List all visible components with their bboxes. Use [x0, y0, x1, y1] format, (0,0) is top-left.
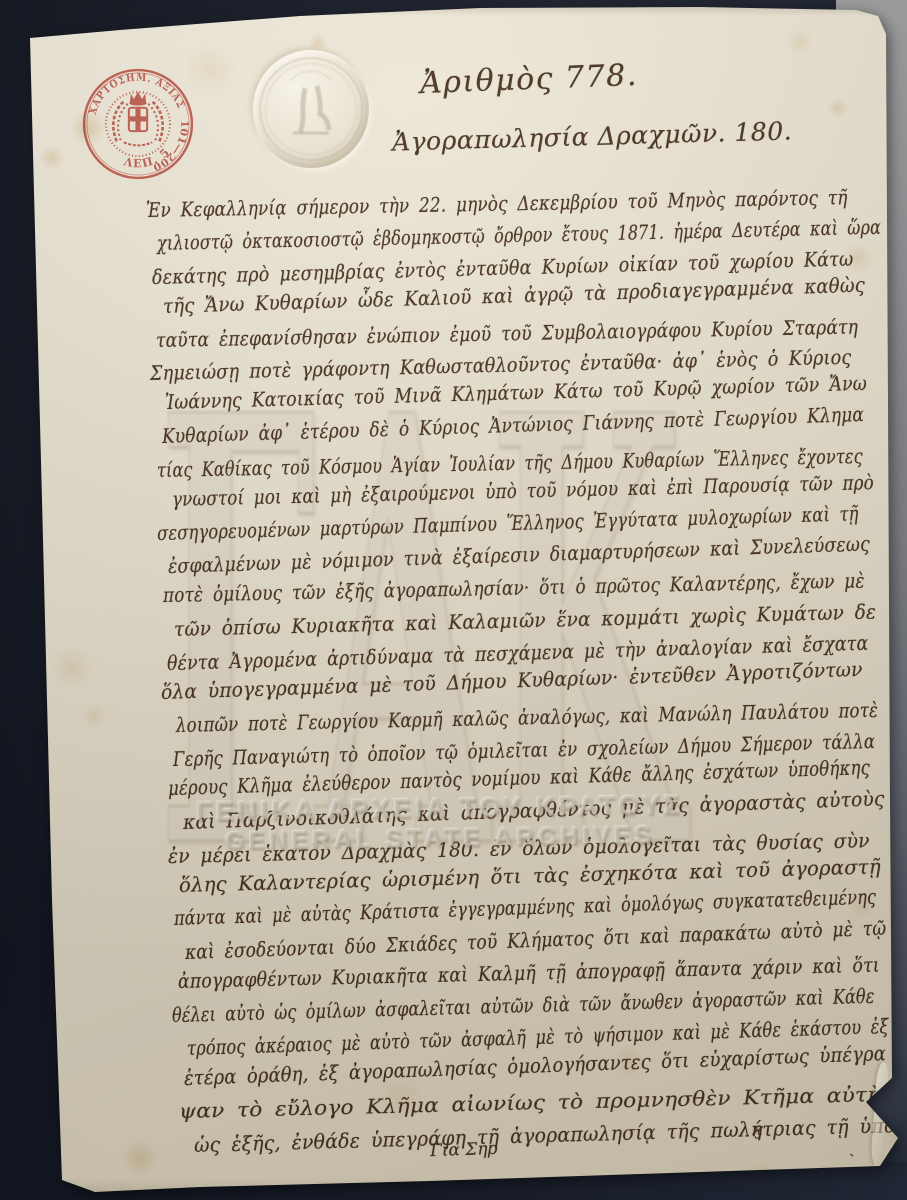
- ink-flourish-mark: ϗ: [752, 1120, 763, 1140]
- ink-dot-mark: ˏ: [849, 1138, 854, 1158]
- handwriting-line: Ἐν Κεφαλληνίᾳ σήμερον τὴν 22. μηνὸς Δεκε…: [146, 185, 848, 222]
- paper-shadow-wrap: ΧΑΡΤΟΣΗΜ. ΑΞΙΑΣ 101—200 ΛΕΠ. 50: [0, 0, 907, 1200]
- catchword: Για Σηρ: [430, 1139, 498, 1161]
- handwriting-block: Ἐν Κεφαλληνίᾳ σήμερον τὴν 22. μηνὸς Δεκε…: [0, 0, 907, 1200]
- paper-sheet: ΧΑΡΤΟΣΗΜ. ΑΞΙΑΣ 101—200 ΛΕΠ. 50: [0, 0, 907, 1200]
- photo-scene: ΧΑΡΤΟΣΗΜ. ΑΞΙΑΣ 101—200 ΛΕΠ. 50: [0, 0, 907, 1200]
- archive-watermark-english: GENERAL STATE ARCHIVES: [225, 821, 656, 856]
